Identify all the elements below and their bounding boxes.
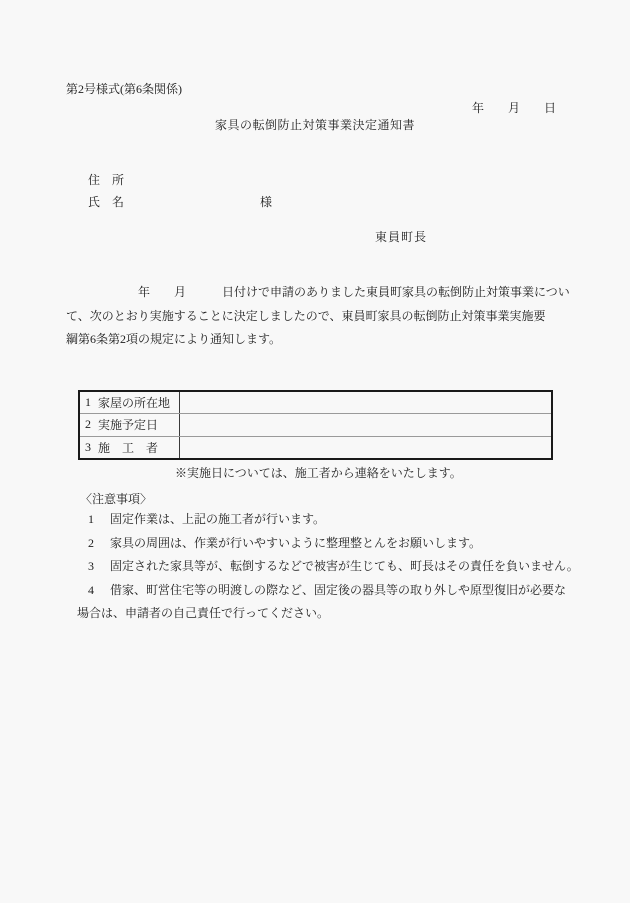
- issue-date-line: 年 月 日: [472, 102, 556, 116]
- cautions-list: 1固定作業は、上記の施工者が行います。 2家具の周囲は、作業が行いやすいように整…: [66, 508, 582, 626]
- table-row-label-cell: 1 家屋の所在地: [80, 392, 180, 413]
- table-row-value-cell: [180, 414, 551, 435]
- caution-item-text: 固定された家具等が、転倒するなどで被害が生じても、町長はその責任を負いません。: [110, 559, 579, 573]
- document-title: 家具の転倒防止対策事業決定通知書: [0, 119, 630, 133]
- recipient-name-label: 氏 名: [88, 196, 124, 210]
- caution-item-number: 4: [88, 579, 110, 603]
- caution-item: 2家具の周囲は、作業が行いやすいように整理整とんをお願いします。: [66, 532, 582, 556]
- table-row-value-cell: [180, 437, 551, 458]
- table-row-label: 施 工 者: [98, 439, 158, 456]
- body-paragraph: 年 月 日付けで申請のありました東員町家具の転倒防止対策事業につい て、次のとお…: [66, 281, 572, 352]
- table-row-number: 2: [85, 417, 98, 432]
- caution-item-number: 1: [88, 508, 110, 532]
- table-row-label-cell: 2 実施予定日: [80, 414, 180, 435]
- caution-item-number: 3: [88, 555, 110, 579]
- caution-item-text: 家具の周囲は、作業が行いやすいように整理整とんをお願いします。: [110, 536, 481, 550]
- form-number: 第2号様式(第6条関係): [66, 83, 182, 97]
- table-row-contractor: 3 施 工 者: [80, 437, 551, 458]
- caution-item: 3固定された家具等が、転倒するなどで被害が生じても、町長はその責任を負いません。: [66, 555, 582, 579]
- caution-item: 1固定作業は、上記の施工者が行います。: [66, 508, 582, 532]
- table-row-number: 1: [85, 395, 98, 410]
- sender-name: 東員町長: [375, 231, 427, 245]
- recipient-address-label: 住 所: [88, 174, 124, 188]
- table-row-label-cell: 3 施 工 者: [80, 437, 180, 458]
- table-row-scheduled-date: 2 実施予定日: [80, 414, 551, 436]
- table-row-value-cell: [180, 392, 551, 413]
- caution-item-number: 2: [88, 532, 110, 556]
- table-row-label: 実施予定日: [98, 416, 158, 433]
- decision-table: 1 家屋の所在地 2 実施予定日 3 施 工 者: [78, 390, 553, 460]
- caution-item: 4借家、町営住宅等の明渡しの際など、固定後の器具等の取り外しや原型復旧が必要な …: [66, 579, 582, 626]
- caution-item-text: 借家、町営住宅等の明渡しの際など、固定後の器具等の取り外しや原型復旧が必要な 場…: [77, 583, 566, 621]
- implementation-note: ※実施日については、施工者から連絡をいたします。: [175, 467, 462, 481]
- table-row-label: 家屋の所在地: [98, 394, 170, 411]
- table-row-number: 3: [85, 440, 98, 455]
- cautions-heading: 〈注意事項〉: [80, 493, 152, 507]
- table-row-house-location: 1 家屋の所在地: [80, 392, 551, 414]
- document-page: 第2号様式(第6条関係) 年 月 日 家具の転倒防止対策事業決定通知書 住 所 …: [0, 0, 630, 903]
- recipient-honorific: 様: [260, 196, 272, 210]
- caution-item-text: 固定作業は、上記の施工者が行います。: [110, 512, 325, 526]
